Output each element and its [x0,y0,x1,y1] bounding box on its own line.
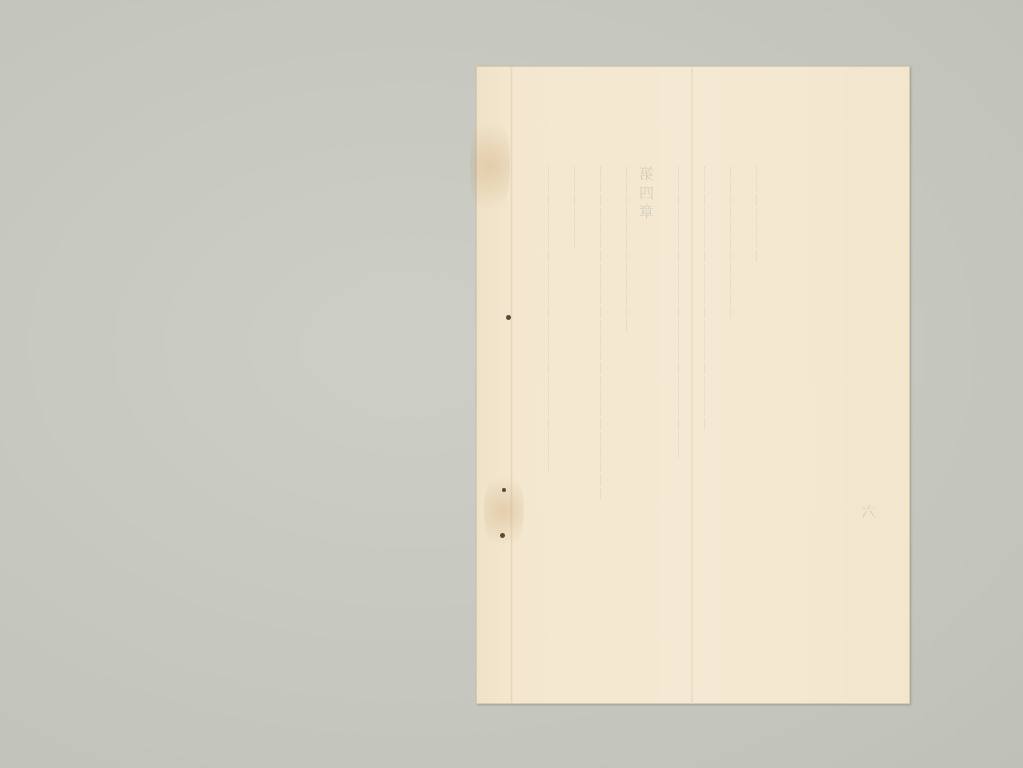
bleed-through-text: ＿＿＿＿＿＿＿＿＿＿＿＿＿＿＿＿＿＿＿＿＿＿ ＿＿＿＿＿＿ ＿＿＿＿＿＿＿＿＿＿… [536,166,866,626]
bleed-column: ＿＿＿＿＿＿＿＿＿＿＿ [718,166,732,626]
document-page: 六 ＿＿＿＿＿＿＿＿＿＿＿＿＿＿＿＿＿＿＿＿＿＿ ＿＿＿＿＿＿ ＿＿＿＿＿＿＿＿… [476,66,910,704]
bleed-column: ＿＿＿＿＿＿ [562,166,576,626]
center-crease [691,66,693,704]
binding-stain [484,466,524,556]
binding-hole [506,315,511,320]
bleed-column: ＿＿＿＿＿＿＿＿＿＿＿＿＿＿＿＿＿＿＿ [692,166,706,626]
edge-stain [470,106,510,226]
binding-hole [502,488,506,492]
bleed-heading: 第四章 [640,166,654,626]
bleed-column: ＿＿＿＿＿＿＿＿＿＿＿＿＿＿＿＿＿＿＿＿＿＿ [536,166,550,626]
bleed-column: ＿＿＿＿＿＿＿＿＿＿＿＿＿＿＿＿＿＿＿＿＿＿＿＿ [588,166,602,626]
binding-fold [510,66,513,704]
bleed-column: ＿＿＿＿＿＿＿＿＿＿＿＿ [614,166,628,626]
bleed-column: ＿＿＿＿＿＿＿ [744,166,758,626]
binding-hole [500,533,505,538]
bleed-page-number: 六 [862,502,876,522]
bleed-column: ＿＿＿＿＿＿＿＿＿＿＿＿＿＿＿＿＿＿＿＿＿ [666,166,680,626]
